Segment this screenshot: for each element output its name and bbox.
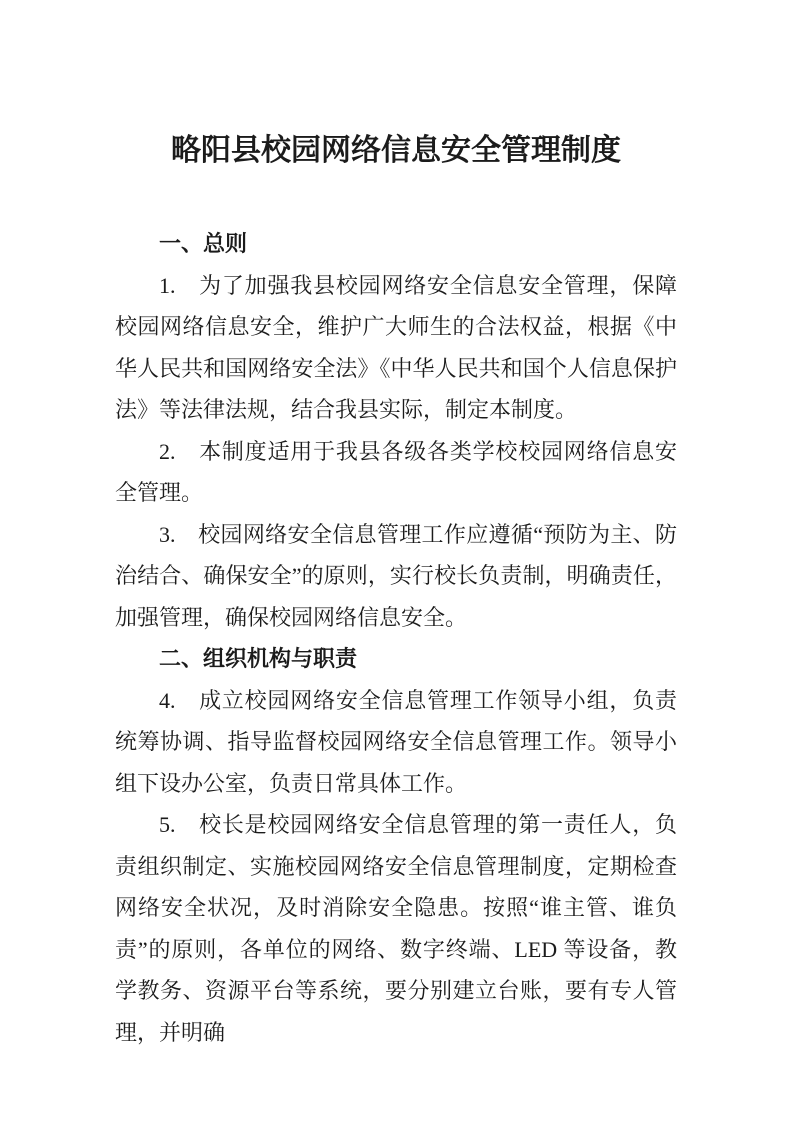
document-page: 略阳县校园网络信息安全管理制度 一、总则 1. 为了加强我县校园网络安全信息安全… xyxy=(0,0,793,1122)
document-body: 一、总则 1. 为了加强我县校园网络安全信息安全管理，保障校园网络信息安全，维护… xyxy=(115,223,677,1053)
paragraph-5: 5. 校长是校园网络安全信息管理的第一责任人，负责组织制定、实施校园网络安全信息… xyxy=(115,804,677,1053)
paragraph-4: 4. 成立校园网络安全信息管理工作领导小组，负责统筹协调、指导监督校园网络安全信… xyxy=(115,680,677,805)
document-title: 略阳县校园网络信息安全管理制度 xyxy=(115,128,677,174)
paragraph-1: 1. 为了加强我县校园网络安全信息安全管理，保障校园网络信息安全，维护广大师生的… xyxy=(115,265,677,431)
section-heading-general-rules: 一、总则 xyxy=(115,223,677,265)
paragraph-3: 3. 校园网络安全信息管理工作应遵循“预防为主、防治结合、确保安全”的原则，实行… xyxy=(115,514,677,639)
paragraph-2: 2. 本制度适用于我县各级各类学校校园网络信息安全管理。 xyxy=(115,431,677,514)
section-heading-organization-duties: 二、组织机构与职责 xyxy=(115,638,677,680)
